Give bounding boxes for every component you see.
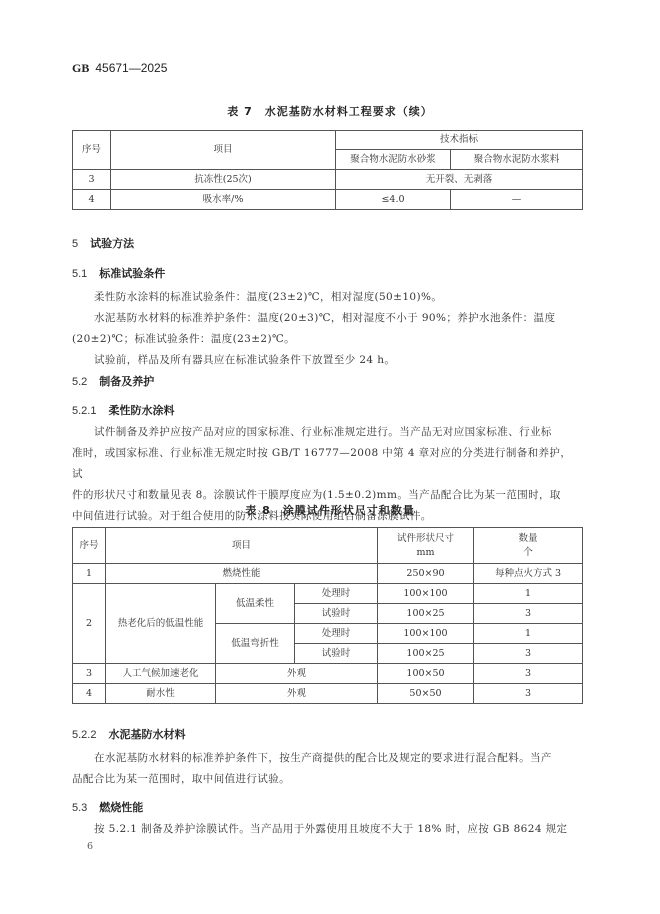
table7-header-sub2: 聚合物水泥防水浆料: [451, 150, 583, 170]
cell-dim: 100×50: [378, 664, 474, 684]
cell-merged-value: 无开裂、无剥落: [336, 170, 583, 190]
section-5-2-1-heading: 5.2.1柔性防水涂料: [72, 402, 174, 418]
table8-header-item: 项目: [106, 528, 378, 564]
cell-item: 人工气候加速老化: [106, 664, 216, 684]
cell-item: 抗冻性(25次): [111, 170, 336, 190]
cell-seq: 2: [73, 584, 106, 664]
standard-prefix: GB: [72, 61, 89, 75]
table8-header-dim: 试件形状尺寸mm: [378, 528, 474, 564]
cell-group: 低温弯折性: [216, 624, 295, 664]
cell-dim: 100×100: [378, 624, 474, 644]
table-row: 2 热老化后的低温性能 低温柔性 处理时 100×100 1: [73, 584, 583, 604]
table7-header-seq: 序号: [73, 131, 111, 170]
section-5-3-heading: 5.3燃烧性能: [72, 799, 143, 815]
table-row: 1 燃烧性能 250×90 每种点火方式 3: [73, 564, 583, 584]
cell-item: 吸水率/%: [111, 190, 336, 210]
cell-seq: 4: [73, 190, 111, 210]
table7-caption: 表 7 水泥基防水材料工程要求（续）: [0, 103, 660, 119]
cell-item: 耐水性: [106, 684, 216, 704]
cell-seq: 1: [73, 564, 106, 584]
table-row: 3 人工气候加速老化 外观 100×50 3: [73, 664, 583, 684]
section-5-2-2-heading: 5.2.2水泥基防水材料: [72, 726, 185, 742]
cell-item: 热老化后的低温性能: [106, 584, 216, 664]
table-row: 4 吸水率/% ≤4.0 —: [73, 190, 583, 210]
section-5-3-body: 按 5.2.1 制备及养护涂膜试件。当产品用于外露使用且坡度不大于 18% 时，…: [72, 819, 582, 840]
cell-qty: 3: [474, 644, 583, 664]
cell-qty: 3: [474, 684, 583, 704]
cell-sub: 外观: [216, 684, 378, 704]
cell-value1: ≤4.0: [336, 190, 451, 210]
cell-dim: 100×25: [378, 644, 474, 664]
cell-item: 燃烧性能: [106, 564, 378, 584]
cell-qty: 3: [474, 604, 583, 624]
section-5-1-body: 柔性防水涂料的标准试验条件：温度(23±2)℃，相对湿度(50±10)%。 水泥…: [72, 287, 582, 371]
table8: 序号 项目 试件形状尺寸mm 数量个 1 燃烧性能 250×90 每种点火方式 …: [72, 527, 583, 704]
cell-dim: 100×100: [378, 584, 474, 604]
cell-stage: 处理时: [295, 624, 378, 644]
section-5-1-heading: 5.1标准试验条件: [72, 265, 165, 281]
table-row: 3 抗冻性(25次) 无开裂、无剥落: [73, 170, 583, 190]
cell-qty: 3: [474, 664, 583, 684]
table7: 序号 项目 技术指标 聚合物水泥防水砂浆 聚合物水泥防水浆料 3 抗冻性(25次…: [72, 130, 583, 210]
standard-number: 45671—2025: [95, 61, 167, 75]
cell-seq: 3: [73, 170, 111, 190]
table-row: 4 耐水性 外观 50×50 3: [73, 684, 583, 704]
table7-header-tech-index: 技术指标: [336, 131, 583, 150]
page-number: 6: [87, 841, 93, 852]
cell-seq: 3: [73, 664, 106, 684]
cell-value2: —: [451, 190, 583, 210]
cell-qty: 1: [474, 624, 583, 644]
table7-header-item: 项目: [111, 131, 336, 170]
cell-qty: 每种点火方式 3: [474, 564, 583, 584]
document-id: GB45671—2025: [72, 61, 167, 76]
section-5-2-heading: 5.2制备及养护: [72, 373, 154, 389]
table8-header-seq: 序号: [73, 528, 106, 564]
cell-stage: 处理时: [295, 584, 378, 604]
cell-sub: 外观: [216, 664, 378, 684]
cell-stage: 试验时: [295, 644, 378, 664]
cell-stage: 试验时: [295, 604, 378, 624]
cell-dim: 250×90: [378, 564, 474, 584]
table7-header-sub1: 聚合物水泥防水砂浆: [336, 150, 451, 170]
section-5-2-2-body: 在水泥基防水材料的标准养护条件下，按生产商提供的配合比及规定的要求进行混合配料。…: [72, 748, 582, 790]
cell-qty: 1: [474, 584, 583, 604]
cell-dim: 100×25: [378, 604, 474, 624]
cell-dim: 50×50: [378, 684, 474, 704]
table8-caption: 表 8 涂膜试件形状尺寸和数量: [0, 502, 660, 518]
section-5-heading: 5试验方法: [72, 235, 134, 251]
table8-header-qty: 数量个: [474, 528, 583, 564]
cell-seq: 4: [73, 684, 106, 704]
cell-group: 低温柔性: [216, 584, 295, 624]
